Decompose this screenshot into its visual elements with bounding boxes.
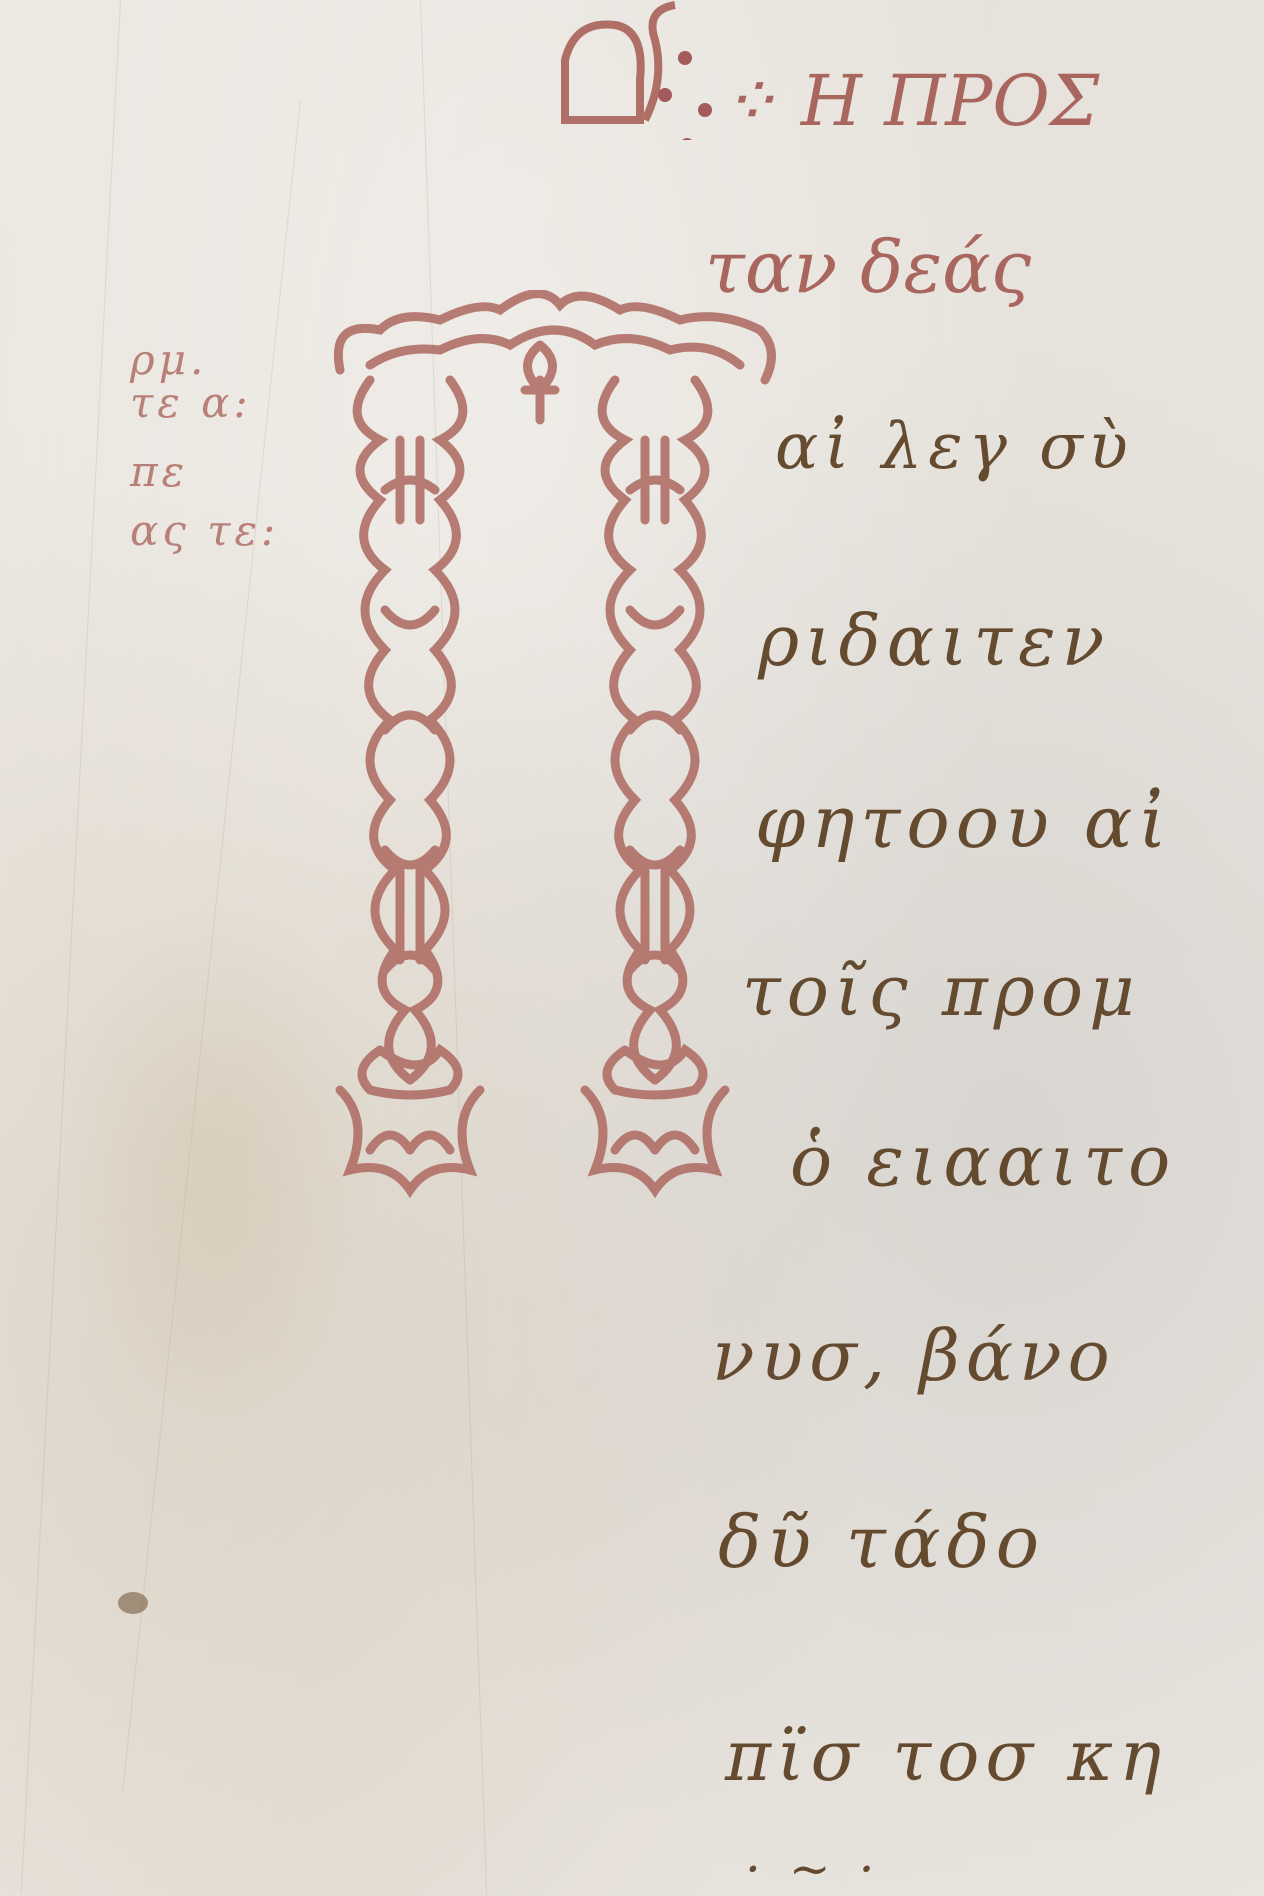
- margin-note-line: τε α:: [130, 378, 279, 427]
- margin-note-line: πε: [130, 447, 279, 496]
- ornament-top: [545, 0, 745, 140]
- rubric-heading-line1: ⁘ Η ΠΡΟΣ: [720, 60, 1099, 142]
- text-line: τοῖς προμ: [742, 950, 1141, 1032]
- text-line: αἰ λεγ σὺ: [775, 410, 1134, 484]
- decorated-initial-pi: [310, 290, 800, 1300]
- text-line: πϊσ τοσ κη: [725, 1715, 1167, 1797]
- text-line: δῦ τάδο: [718, 1500, 1045, 1584]
- margin-note-line: ρμ.: [130, 335, 279, 384]
- text-line: φητοου αἰ: [755, 780, 1173, 864]
- margin-note-line: ας τε:: [130, 506, 279, 555]
- text-line: · ~ ·: [745, 1840, 880, 1896]
- parchment-crease: [21, 0, 121, 1893]
- text-line: νυσ, βάνο: [712, 1315, 1116, 1397]
- margin-note: ρμ. τε α: πε ας τε:: [130, 335, 279, 555]
- text-line: ριδαιτεν: [758, 600, 1110, 682]
- text-line: ὁ ειααιτο: [790, 1120, 1176, 1202]
- ink-spot: [118, 1592, 148, 1614]
